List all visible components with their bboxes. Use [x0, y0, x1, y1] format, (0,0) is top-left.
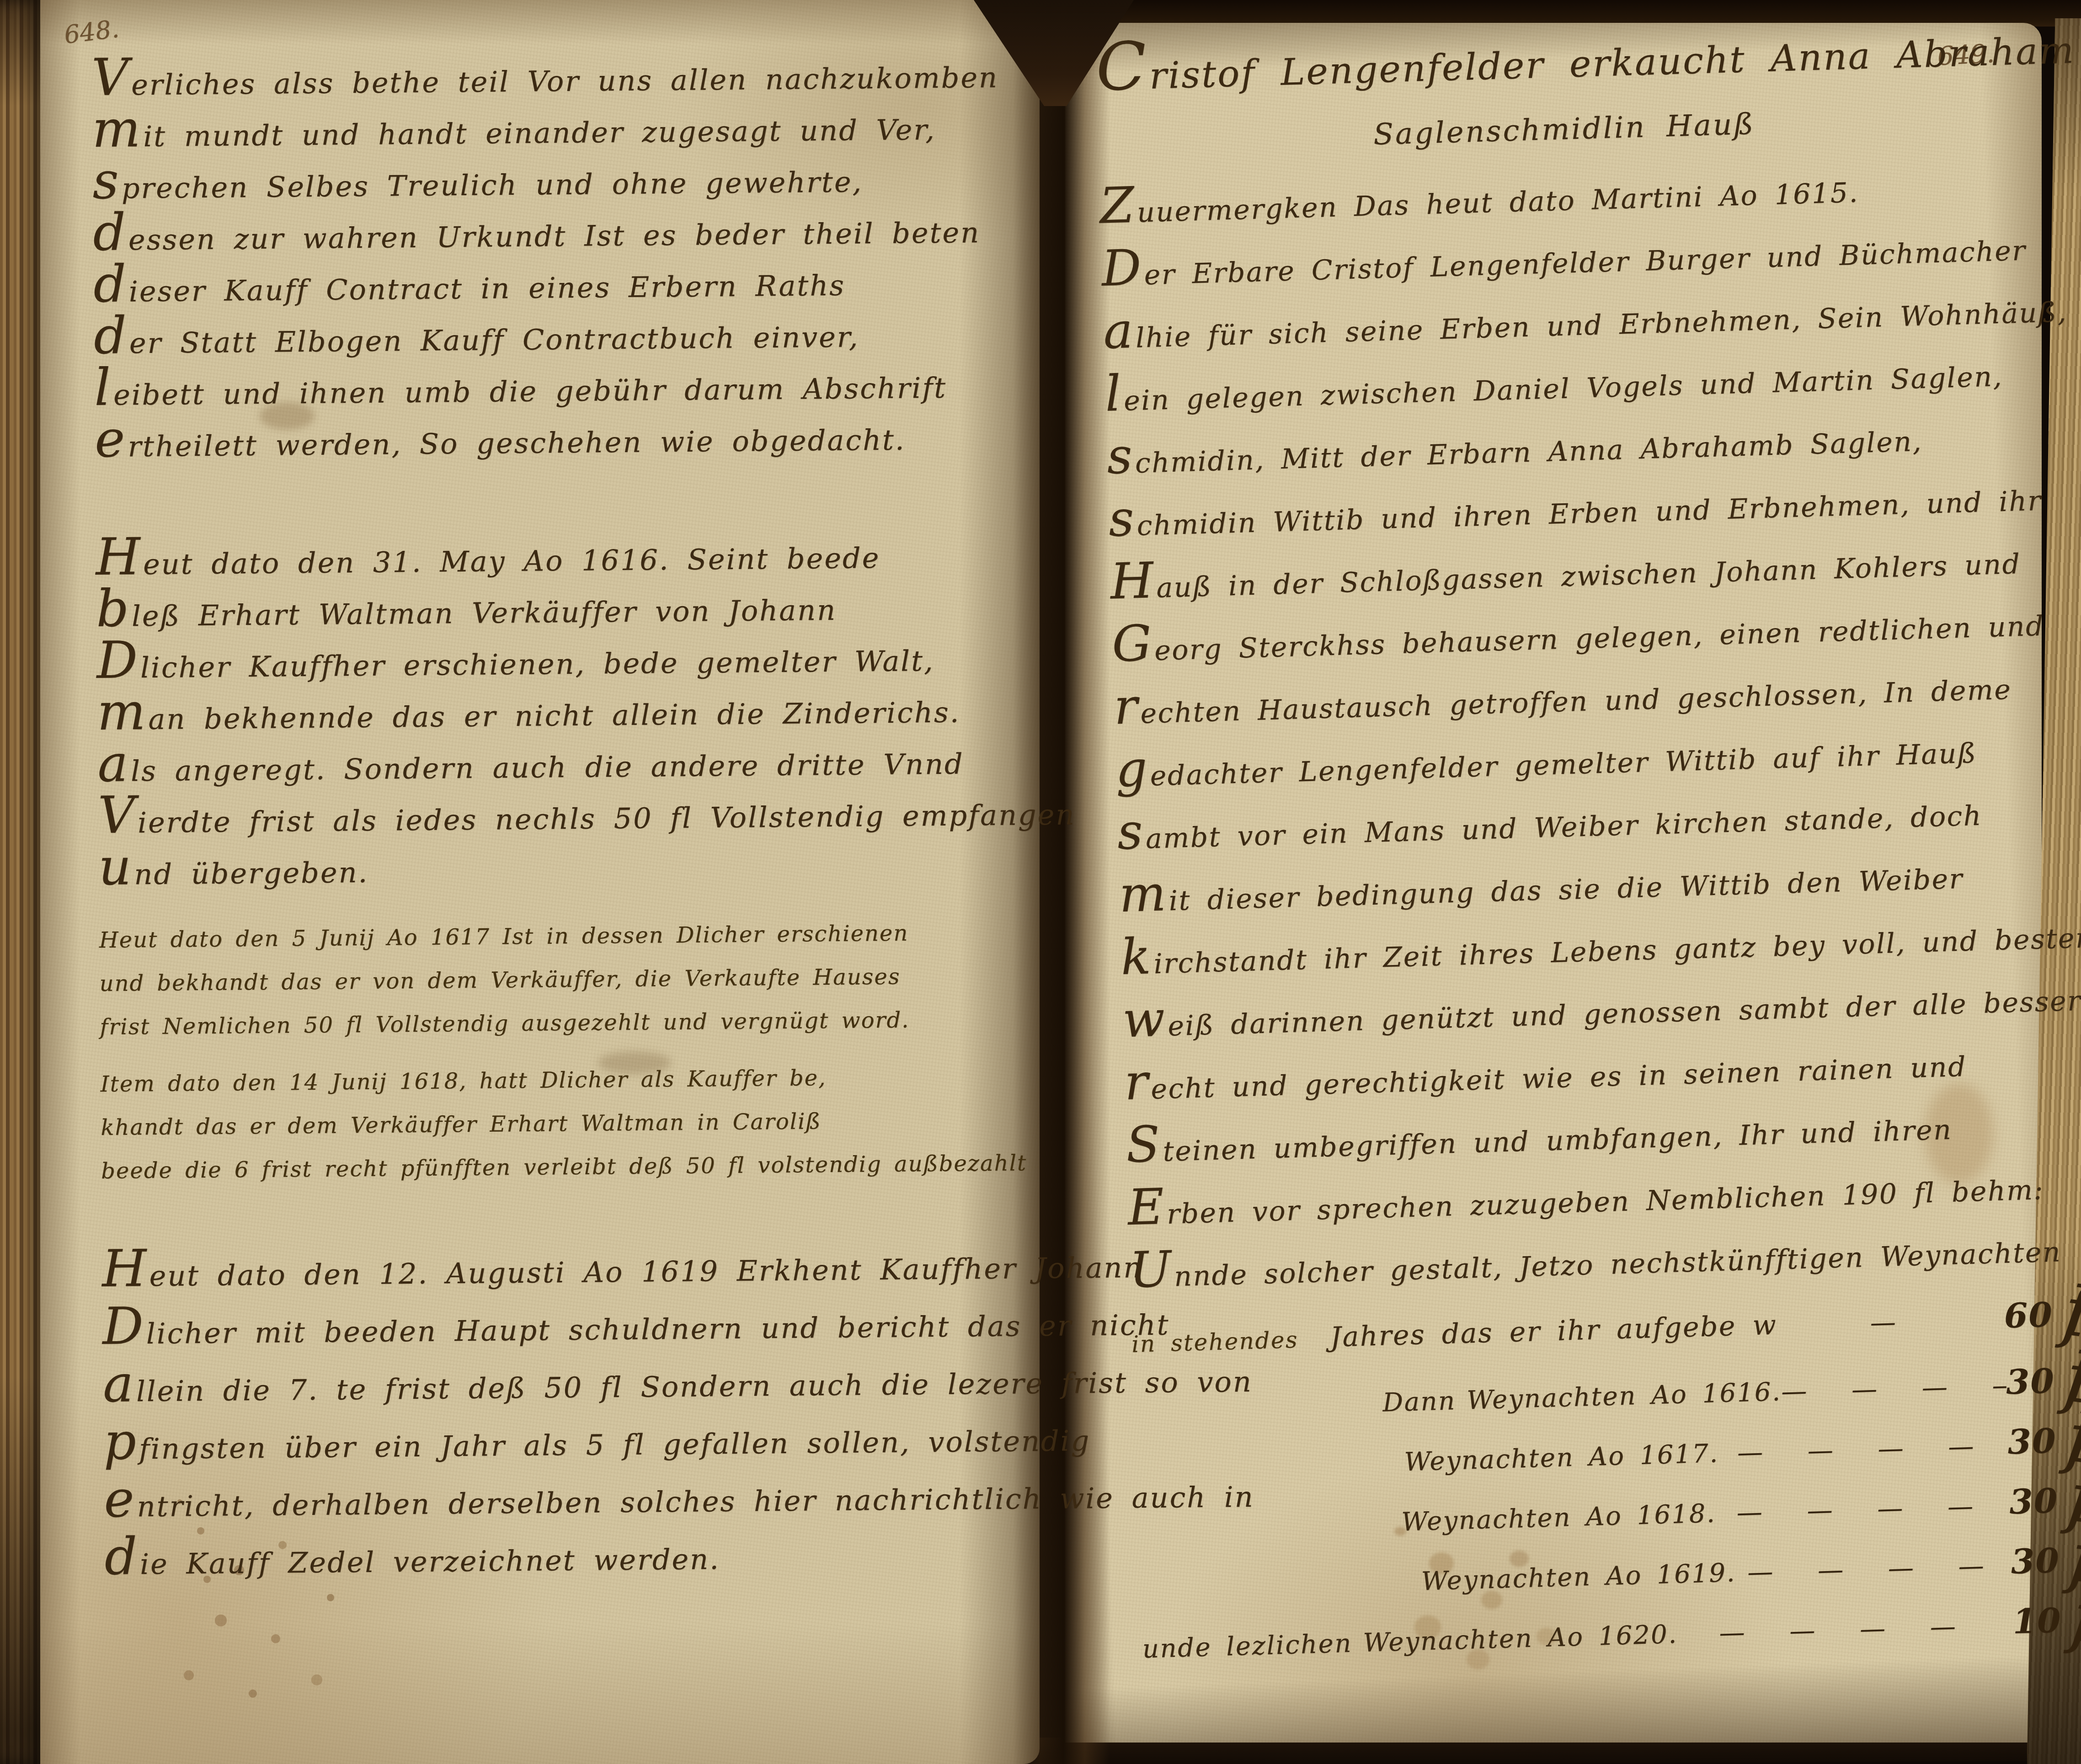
payment-amount: 30	[2005, 1353, 2055, 1411]
manuscript-line: entricht, derhalben derselben solches hi…	[104, 1471, 1014, 1536]
manuscript-line: leibett und ihnen umb die gebühr darum A…	[94, 362, 1004, 421]
gulden-currency-mark: fl	[2069, 1497, 2072, 1497]
manuscript-line: dieser Kauff Contract in eines Erbern Ra…	[93, 258, 1003, 318]
payment-amount: 30	[2007, 1413, 2057, 1471]
manuscript-line: und bekhandt das er von dem Verkäuffer, …	[99, 954, 1009, 1006]
dash-leader: — — — —	[1735, 1537, 2012, 1601]
manuscript-line: dessen zur wahren Urkundt Ist es beder t…	[93, 207, 1003, 266]
manuscript-line: beede die 6 frist recht pfünfften verlei…	[101, 1142, 1011, 1193]
manuscript-line: Dlicher Kauffher erschienen, bede gemelt…	[96, 634, 1007, 694]
manuscript-book-photo: 648. 649. Verliches alss bethe teil Vor …	[0, 0, 2081, 1764]
sum-label: Jahres das er ihr aufgebe w	[1329, 1294, 1778, 1369]
left-page-text: Verliches alss bethe teil Vor uns allen …	[91, 52, 1014, 1593]
manuscript-line: die Kauff Zedel verzeichnet werden.	[104, 1528, 1014, 1593]
manuscript-line: der Statt Elbogen Kauff Contractbuch ein…	[94, 310, 1004, 369]
payment-amount: 30	[2009, 1472, 2059, 1530]
manuscript-line: bleß Erhart Waltman Verkäuffer von Johan…	[96, 583, 1006, 642]
dash-leader: — — — —	[1718, 1417, 2009, 1482]
manuscript-line: Vierdte frist als iedes nechls 50 fl Vol…	[98, 789, 1008, 849]
manuscript-line: allein die 7. te frist deß 50 fl Sondern…	[103, 1355, 1013, 1421]
margin-note: in stehendes	[1131, 1309, 1299, 1376]
right-page-text: Cristof Lengenfelder erkaucht Anna Abrah…	[1095, 20, 2073, 1678]
left-paragraph-1: Verliches alss bethe teil Vor uns allen …	[91, 52, 1005, 473]
payment-prefix: unde lezlichen	[1142, 1615, 1353, 1678]
manuscript-line: man bekhennde das er nicht allein die Zi…	[97, 686, 1007, 746]
payment-label: Weynachten Ao 1617.	[1403, 1425, 1719, 1491]
manuscript-line: ertheilett werden, So geschehen wie obge…	[95, 413, 1005, 473]
payment-schedule: Dann Weynachten Ao 1616. — — — — 30 fl W…	[1132, 1353, 2073, 1678]
dash-leader: — — — —	[1677, 1597, 2014, 1663]
manuscript-line: Heut dato den 31. May Ao 1616. Seint bee…	[96, 531, 1006, 591]
left-paragraph-3: Heut dato den 5 Junij Ao 1617 Ist in des…	[99, 911, 1009, 1049]
manuscript-line: sprechen Selbes Treulich und ohne gewehr…	[92, 155, 1003, 214]
sum-amount: 60	[2003, 1284, 2054, 1348]
left-paragraph-4: Item dato den 14 Junij 1618, hatt Dliche…	[100, 1055, 1011, 1193]
dash-leader: —	[1776, 1288, 2005, 1357]
dash-leader: — — — —	[1715, 1477, 2010, 1542]
gulden-currency-mark: fl	[2065, 1377, 2069, 1377]
manuscript-line: khandt das er dem Verkäuffer Erhart Walt…	[101, 1098, 1011, 1150]
manuscript-line: Verliches alss bethe teil Vor uns allen …	[91, 52, 1002, 111]
dash-leader: — — — —	[1780, 1358, 2006, 1421]
gulden-currency-mark: fl	[2064, 1311, 2067, 1311]
left-paragraph-5: Heut dato den 12. Augusti Ao 1619 Erkhen…	[102, 1240, 1015, 1593]
manuscript-line: mit mundt und handt einander zugesagt un…	[92, 103, 1002, 163]
manuscript-line: pfingsten über ein Jahr als 5 fl gefalle…	[103, 1413, 1014, 1478]
payment-label: Weynachten Ao 1616.	[1466, 1364, 1782, 1429]
payment-amount: 10	[2012, 1592, 2062, 1650]
gulden-currency-mark: fl	[2067, 1437, 2070, 1437]
entry-body: Zuuermergken Das heut dato Martini Ao 16…	[1099, 157, 2063, 1310]
payment-prefix: Dann	[1382, 1373, 1457, 1431]
payment-label: Weynachten Ao 1620.	[1362, 1606, 1678, 1672]
manuscript-line: als angeregt. Sondern auch die andere dr…	[97, 738, 1008, 797]
manuscript-line: frist Nemlichen 50 fl Vollstendig ausgez…	[100, 998, 1010, 1049]
manuscript-line: Heut dato den 5 Junij Ao 1617 Ist in des…	[99, 911, 1009, 962]
left-paragraph-2: Heut dato den 31. May Ao 1616. Seint bee…	[96, 531, 1008, 901]
manuscript-line: Dlicher mit beeden Haupt schuldnern und …	[102, 1298, 1013, 1363]
payment-label: Weynachten Ao 1618.	[1401, 1485, 1717, 1551]
gulden-currency-mark: fl	[2070, 1556, 2074, 1557]
left-page-edge-stack	[0, 0, 44, 1764]
payment-amount: 30	[2010, 1532, 2060, 1590]
manuscript-line: Item dato den 14 Junij 1618, hatt Dliche…	[100, 1055, 1010, 1106]
payment-label: Weynachten Ao 1619.	[1420, 1545, 1736, 1610]
manuscript-line: und übergeben.	[98, 841, 1008, 901]
manuscript-line: Heut dato den 12. Augusti Ao 1619 Erkhen…	[102, 1240, 1012, 1306]
gulden-currency-mark: fl	[2072, 1616, 2075, 1617]
